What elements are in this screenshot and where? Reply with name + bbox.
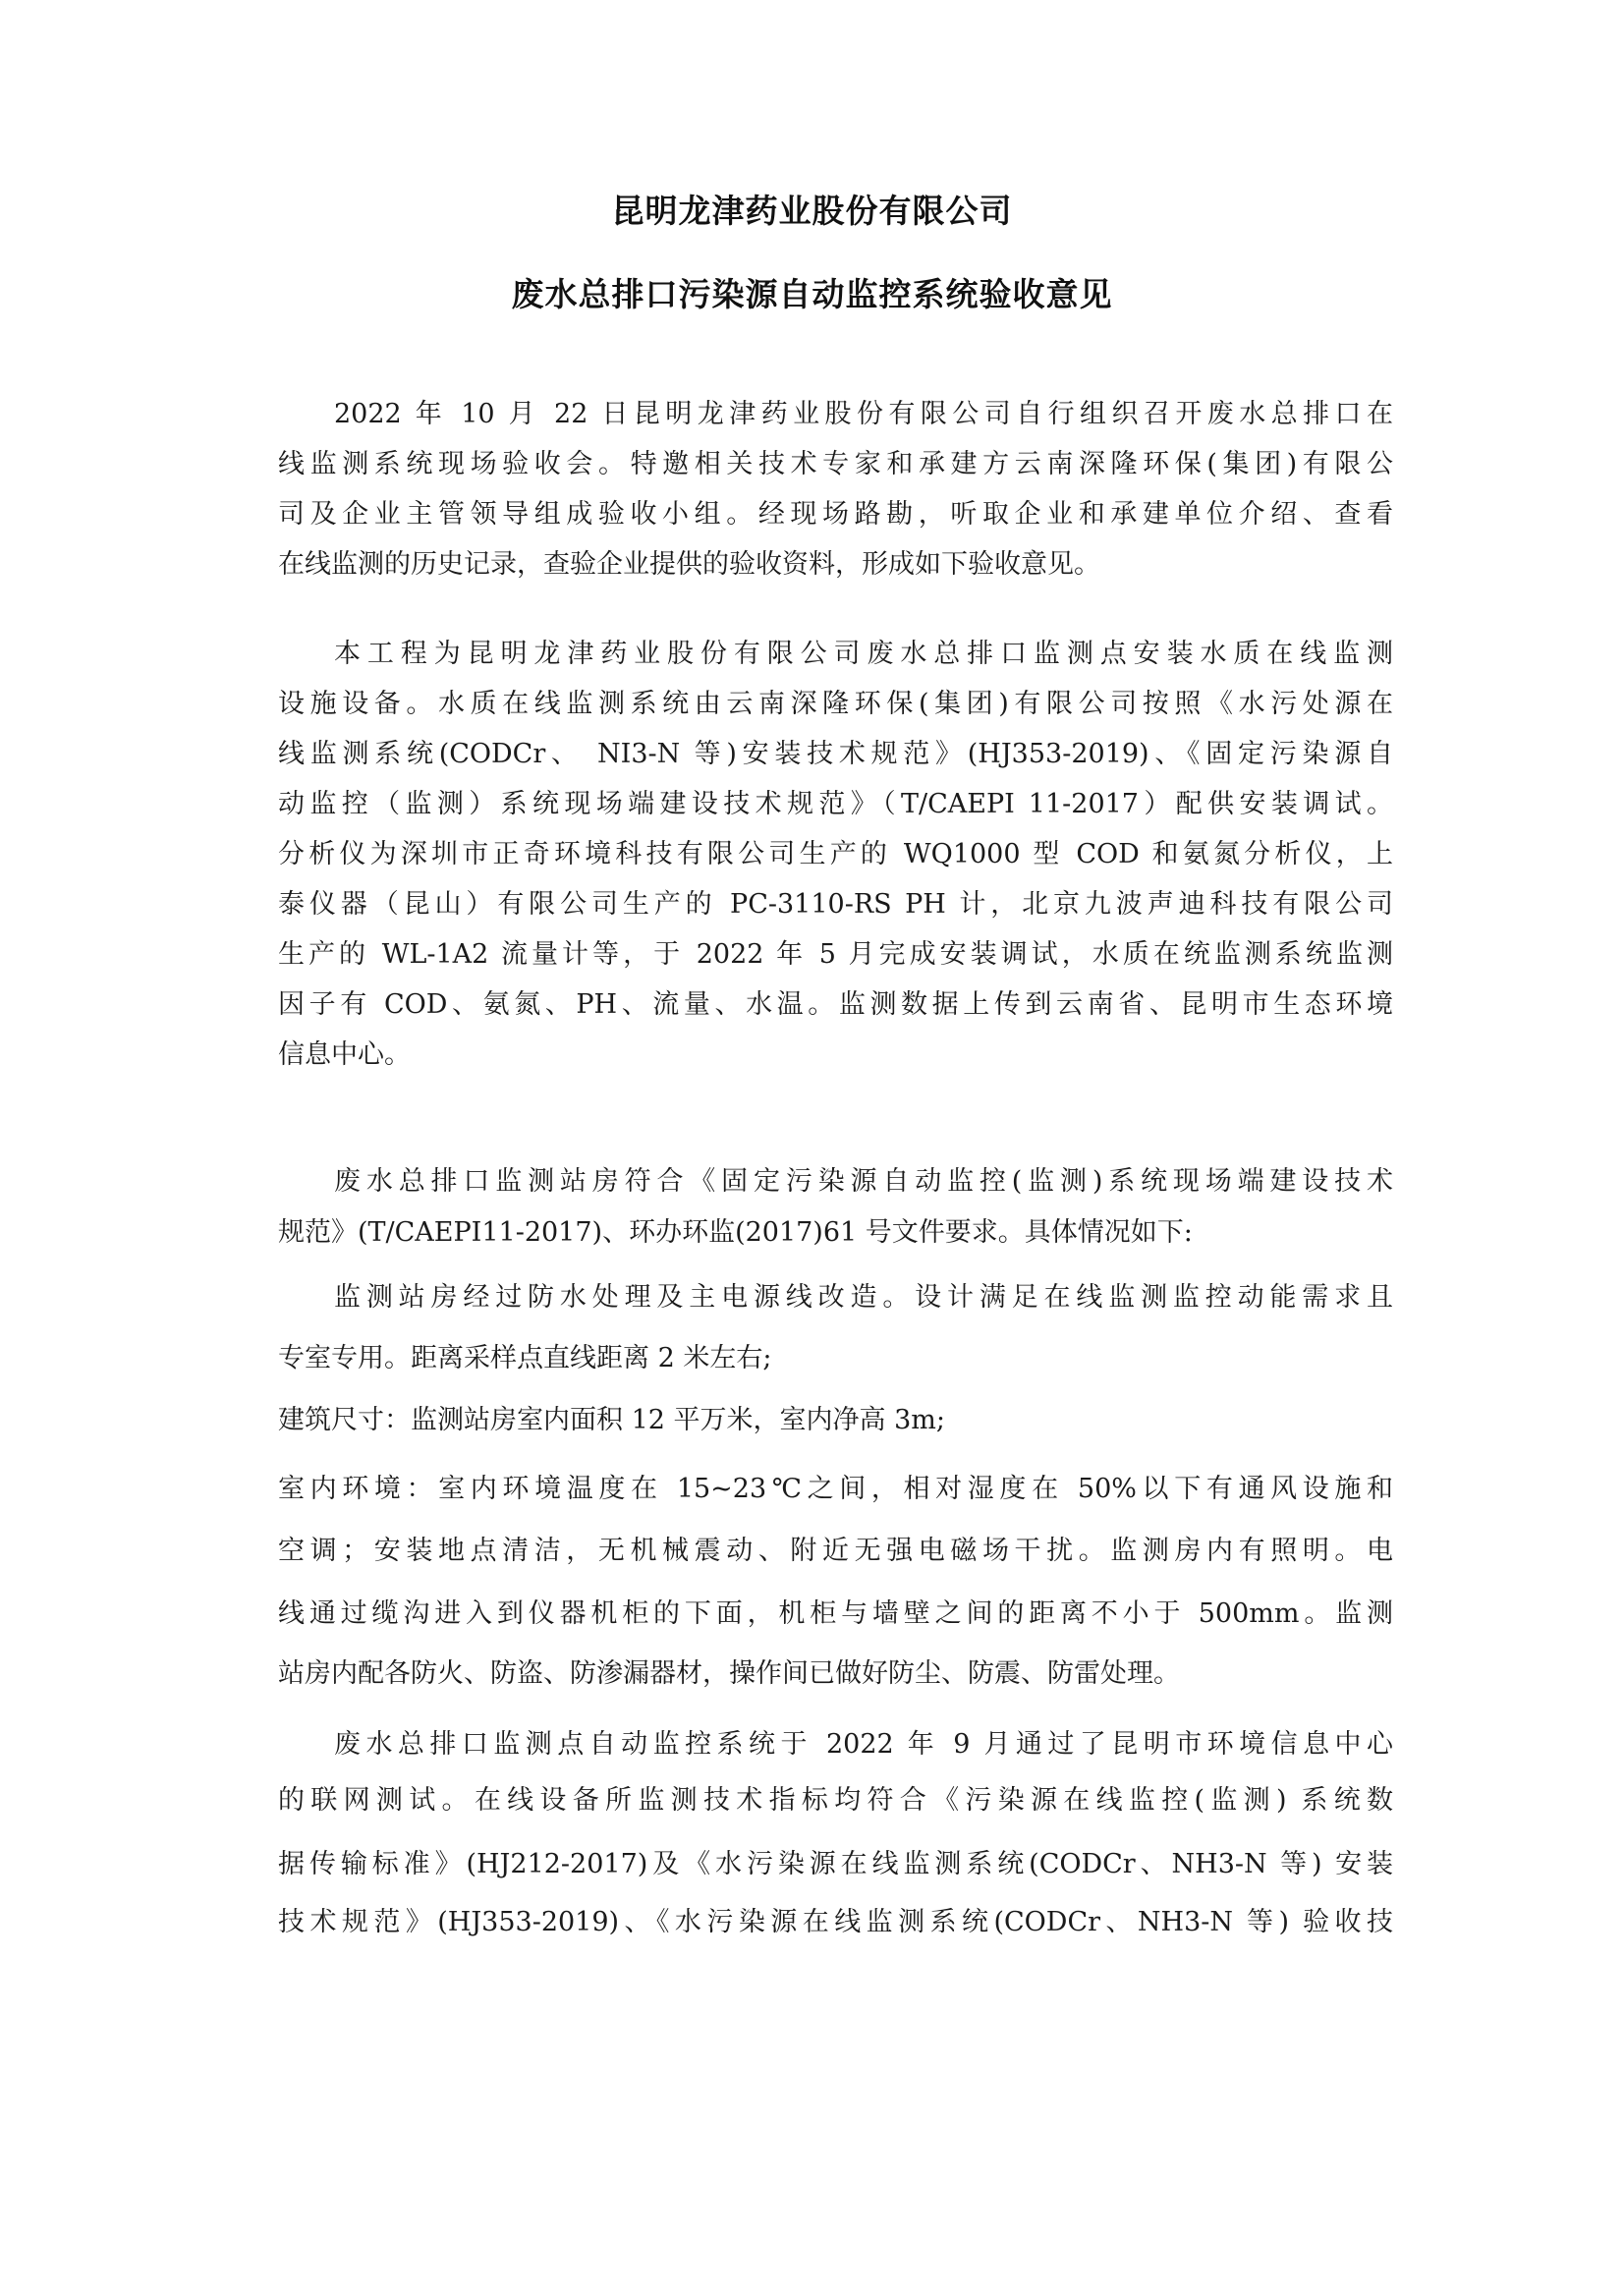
- paragraph-line: 信息中心。: [278, 1037, 1393, 1073]
- paragraph-line: 据传输标准》(HJ212-2017)及《水污染源在线监测系统(CODCr、NH3…: [278, 1847, 1393, 1882]
- paragraph-line: 废水总排口监测点自动监控系统于 2022 年 9 月通过了昆明市环境信息中心: [334, 1727, 1393, 1763]
- document-title-company: 昆明龙津药业股份有限公司: [0, 192, 1624, 231]
- paragraph-line: 空调；安装地点清洁，无机械震动、附近无强电磁场干扰。监测房内有照明。电: [278, 1534, 1393, 1569]
- paragraph-line: 本工程为昆明龙津药业股份有限公司废水总排口监测点安装水质在线监测: [334, 637, 1393, 672]
- paragraph-line: 司及企业主管领导组成验收小组。经现场路勘，听取企业和承建单位介绍、查看: [278, 497, 1393, 532]
- document-page: 昆明龙津药业股份有限公司 废水总排口污染源自动监控系统验收意见 2022 年 1…: [0, 0, 1624, 2296]
- paragraph-line: 2022 年 10 月 22 日昆明龙津药业股份有限公司自行组织召开废水总排口在: [334, 397, 1393, 432]
- paragraph-line: 专室专用。距离采样点直线距离 2 米左右;: [278, 1341, 1393, 1376]
- paragraph-line: 建筑尺寸：监测站房室内面积 12 平万米，室内净高 3m;: [278, 1403, 1393, 1438]
- paragraph-line: 废水总排口监测站房符合《固定污染源自动监控(监测)系统现场端建设技术: [334, 1164, 1393, 1200]
- paragraph-line: 技术规范》(HJ353-2019)、《水污染源在线监测系统(CODCr、NH3-…: [278, 1905, 1393, 1940]
- paragraph-line: 生产的 WL-1A2 流量计等，于 2022 年 5 月完成安装调试，水质在统监…: [278, 937, 1393, 973]
- paragraph-line: 线通过缆沟进入到仪器机柜的下面，机柜与墙壁之间的距离不小于 500mm。监测: [278, 1596, 1393, 1632]
- paragraph-line: 动监控（监测）系统现场端建设技术规范》（T/CAEPI 11-2017）配供安装…: [278, 787, 1393, 822]
- document-title-subject: 废水总排口污染源自动监控系统验收意见: [0, 275, 1624, 314]
- paragraph-line: 设施设备。水质在线监测系统由云南深隆环保(集团)有限公司按照《水污处源在: [278, 687, 1393, 722]
- paragraph-line: 线监测系统现场验收会。特邀相关技术专家和承建方云南深隆环保(集团)有限公: [278, 447, 1393, 482]
- paragraph-line: 泰仪器（昆山）有限公司生产的 PC-3110-RS PH 计，北京九波声迪科技有…: [278, 887, 1393, 923]
- paragraph-line: 监测站房经过防水处理及主电源线改造。设计满足在线监测监控动能需求且: [334, 1280, 1393, 1316]
- paragraph-line: 室内环境：室内环境温度在 15~23℃之间，相对湿度在 50%以下有通风设施和: [278, 1472, 1393, 1507]
- paragraph-line: 规范》(T/CAEPI11-2017)、环办环监(2017)61 号文件要求。具…: [278, 1215, 1393, 1251]
- paragraph-line: 在线监测的历史记录，查验企业提供的验收资料，形成如下验收意见。: [278, 547, 1393, 583]
- paragraph-line: 线监测系统(CODCr、 NI3-N 等)安装技术规范》(HJ353-2019)…: [278, 737, 1393, 772]
- paragraph-line: 的联网测试。在线设备所监测技术指标均符合《污染源在线监控(监测) 系统数: [278, 1783, 1393, 1819]
- paragraph-line: 站房内配各防火、防盗、防渗漏器材，操作间已做好防尘、防震、防雷处理。: [278, 1656, 1393, 1692]
- paragraph-line: 因子有 COD、氨氮、PH、流量、水温。监测数据上传到云南省、昆明市生态环境: [278, 987, 1393, 1023]
- paragraph-line: 分析仪为深圳市正奇环境科技有限公司生产的 WQ1000 型 COD 和氨氮分析仪…: [278, 837, 1393, 872]
